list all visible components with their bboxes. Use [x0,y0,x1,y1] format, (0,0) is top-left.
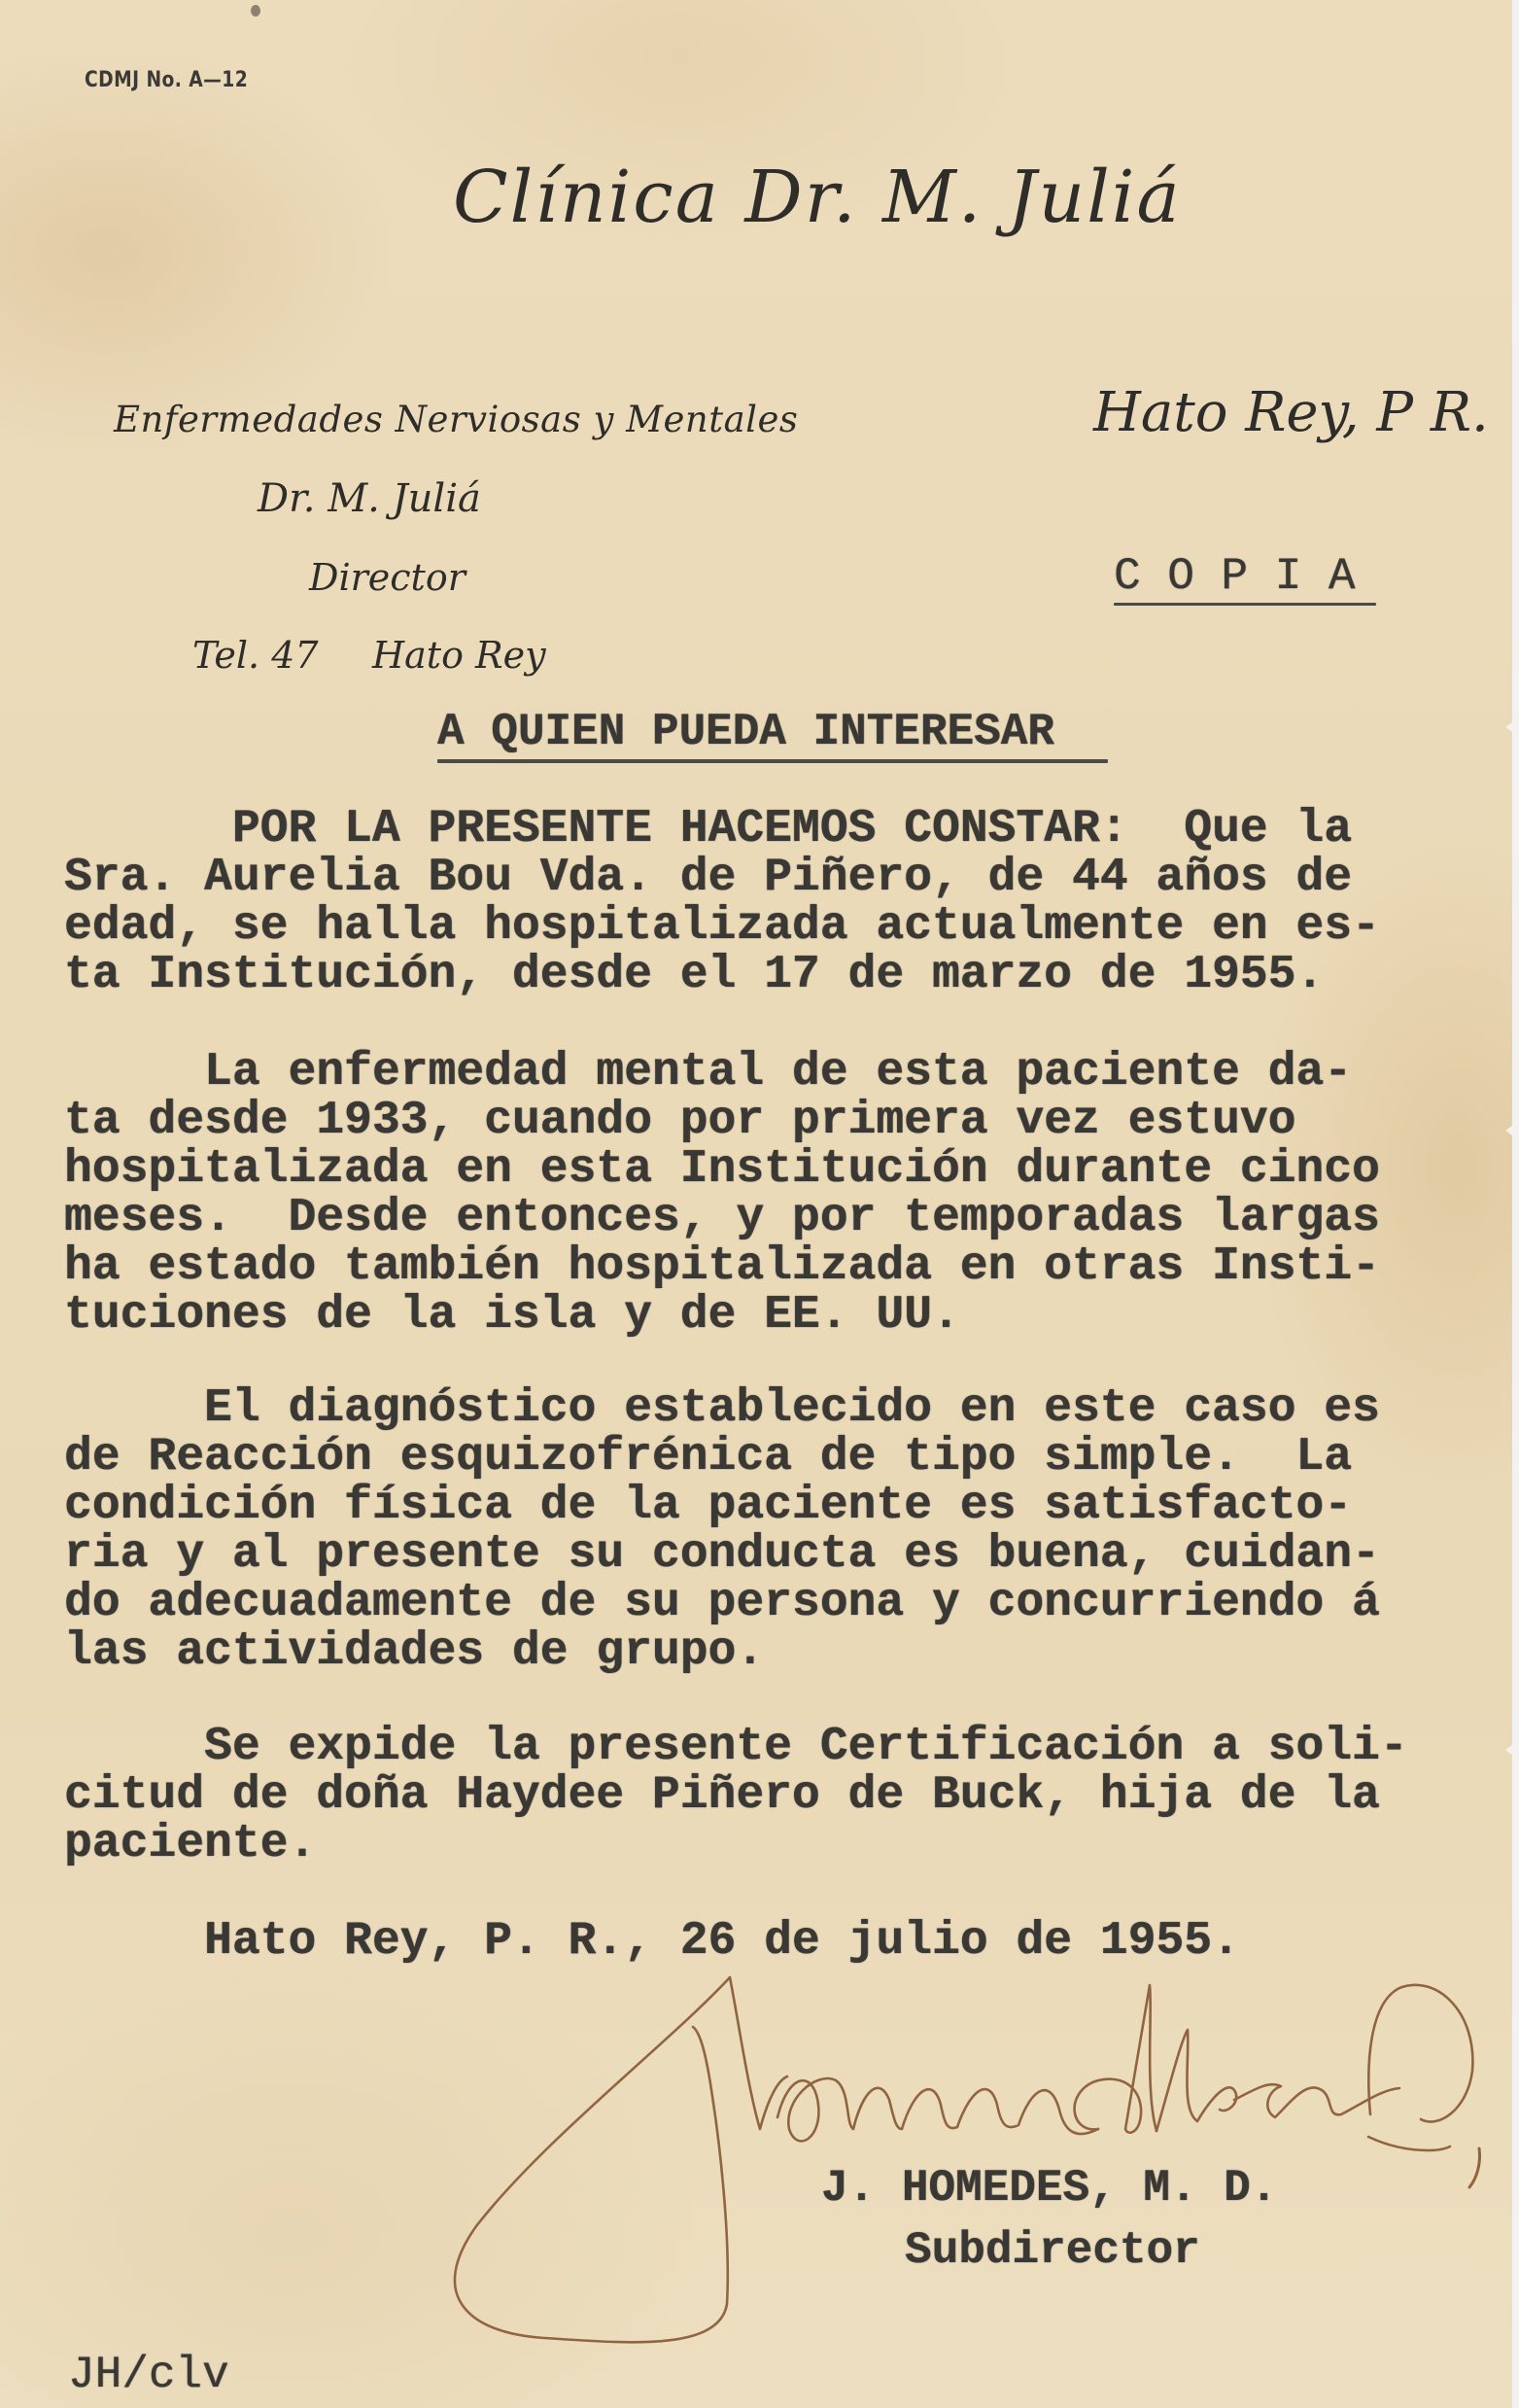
paragraph-line: POR LA PRESENTE HACEMOS CONSTAR: Que la [64,805,1444,854]
paragraph-line: Sra. Aurelia Bou Vda. de Piñero, de 44 a… [64,854,1444,902]
paragraph-line: tuciones de la isla y de EE. UU. [64,1291,1444,1340]
copy-mark-underline [1114,603,1376,606]
paragraph-line: El diagnóstico establecido en este caso … [64,1384,1444,1433]
paragraph-line: las actividades de grupo. [64,1627,1444,1676]
date-line: Hato Rey, P. R., 26 de julio de 1955. [64,1917,1444,1966]
paragraph-line: ta desde 1933, cuando por primera vez es… [64,1097,1444,1145]
paper-notch [1505,1740,1519,1760]
paragraph-2: La enfermedad mental de esta paciente da… [64,1048,1444,1340]
director-name: Dr. M. Juliá [258,476,481,521]
director-title: Director [309,556,466,599]
paragraph-line: de Reacción esquizofrénica de tipo simpl… [64,1433,1444,1482]
signatory-title: Subdirector [905,2226,1200,2275]
paper-notch [1505,1121,1519,1140]
paragraph-line: condición física de la paciente es satis… [64,1482,1444,1530]
heading-underline [437,759,1108,763]
paper-notch [1505,717,1519,737]
ink-spot [251,5,260,17]
signatory-name: J. HOMEDES, M. D. [821,2164,1277,2213]
paragraph-line: citud de doña Haydee Piñero de Buck, hij… [64,1771,1444,1820]
paragraph-line: do adecuadamente de su persona y concurr… [64,1579,1444,1627]
copy-mark: C O P I A [1114,552,1355,601]
scan-background-edge [1512,0,1519,2408]
paragraph-1: POR LA PRESENTE HACEMOS CONSTAR: Que la … [64,805,1444,999]
letter-heading: A QUIEN PUEDA INTERESAR [437,708,1054,756]
clinic-city: Hato Rey, P R. [1093,381,1489,444]
reference-initials: JH/clv [68,2351,229,2399]
clinic-phone-location: Hato Rey [372,634,546,677]
paragraph-line: Se expide la presente Certificación a so… [64,1723,1444,1771]
date-line-block: Hato Rey, P. R., 26 de julio de 1955. [64,1917,1444,1966]
paragraph-3: El diagnóstico establecido en este caso … [64,1384,1444,1676]
paragraph-line: meses. Desde entonces, y por temporadas … [64,1194,1444,1242]
paragraph-line: paciente. [64,1820,1444,1868]
paragraph-line: ha estado también hospitalizada en otras… [64,1242,1444,1291]
clinic-title: Clínica Dr. M. Juliá [453,156,1182,239]
paragraph-line: edad, se halla hospitalizada actualmente… [64,902,1444,951]
paragraph-line: hospitalizada en esta Institución durant… [64,1145,1444,1194]
form-number: CDMJ No. A—12 [85,68,248,92]
clinic-phone: Tel. 47 [192,634,319,677]
paragraph-line: ria y al presente su conducta es buena, … [64,1530,1444,1579]
paragraph-line: La enfermedad mental de esta paciente da… [64,1048,1444,1097]
paragraph-line: ta Institución, desde el 17 de marzo de … [64,951,1444,999]
paragraph-4: Se expide la presente Certificación a so… [64,1723,1444,1868]
clinic-specialty: Enfermedades Nerviosas y Mentales [114,399,798,440]
